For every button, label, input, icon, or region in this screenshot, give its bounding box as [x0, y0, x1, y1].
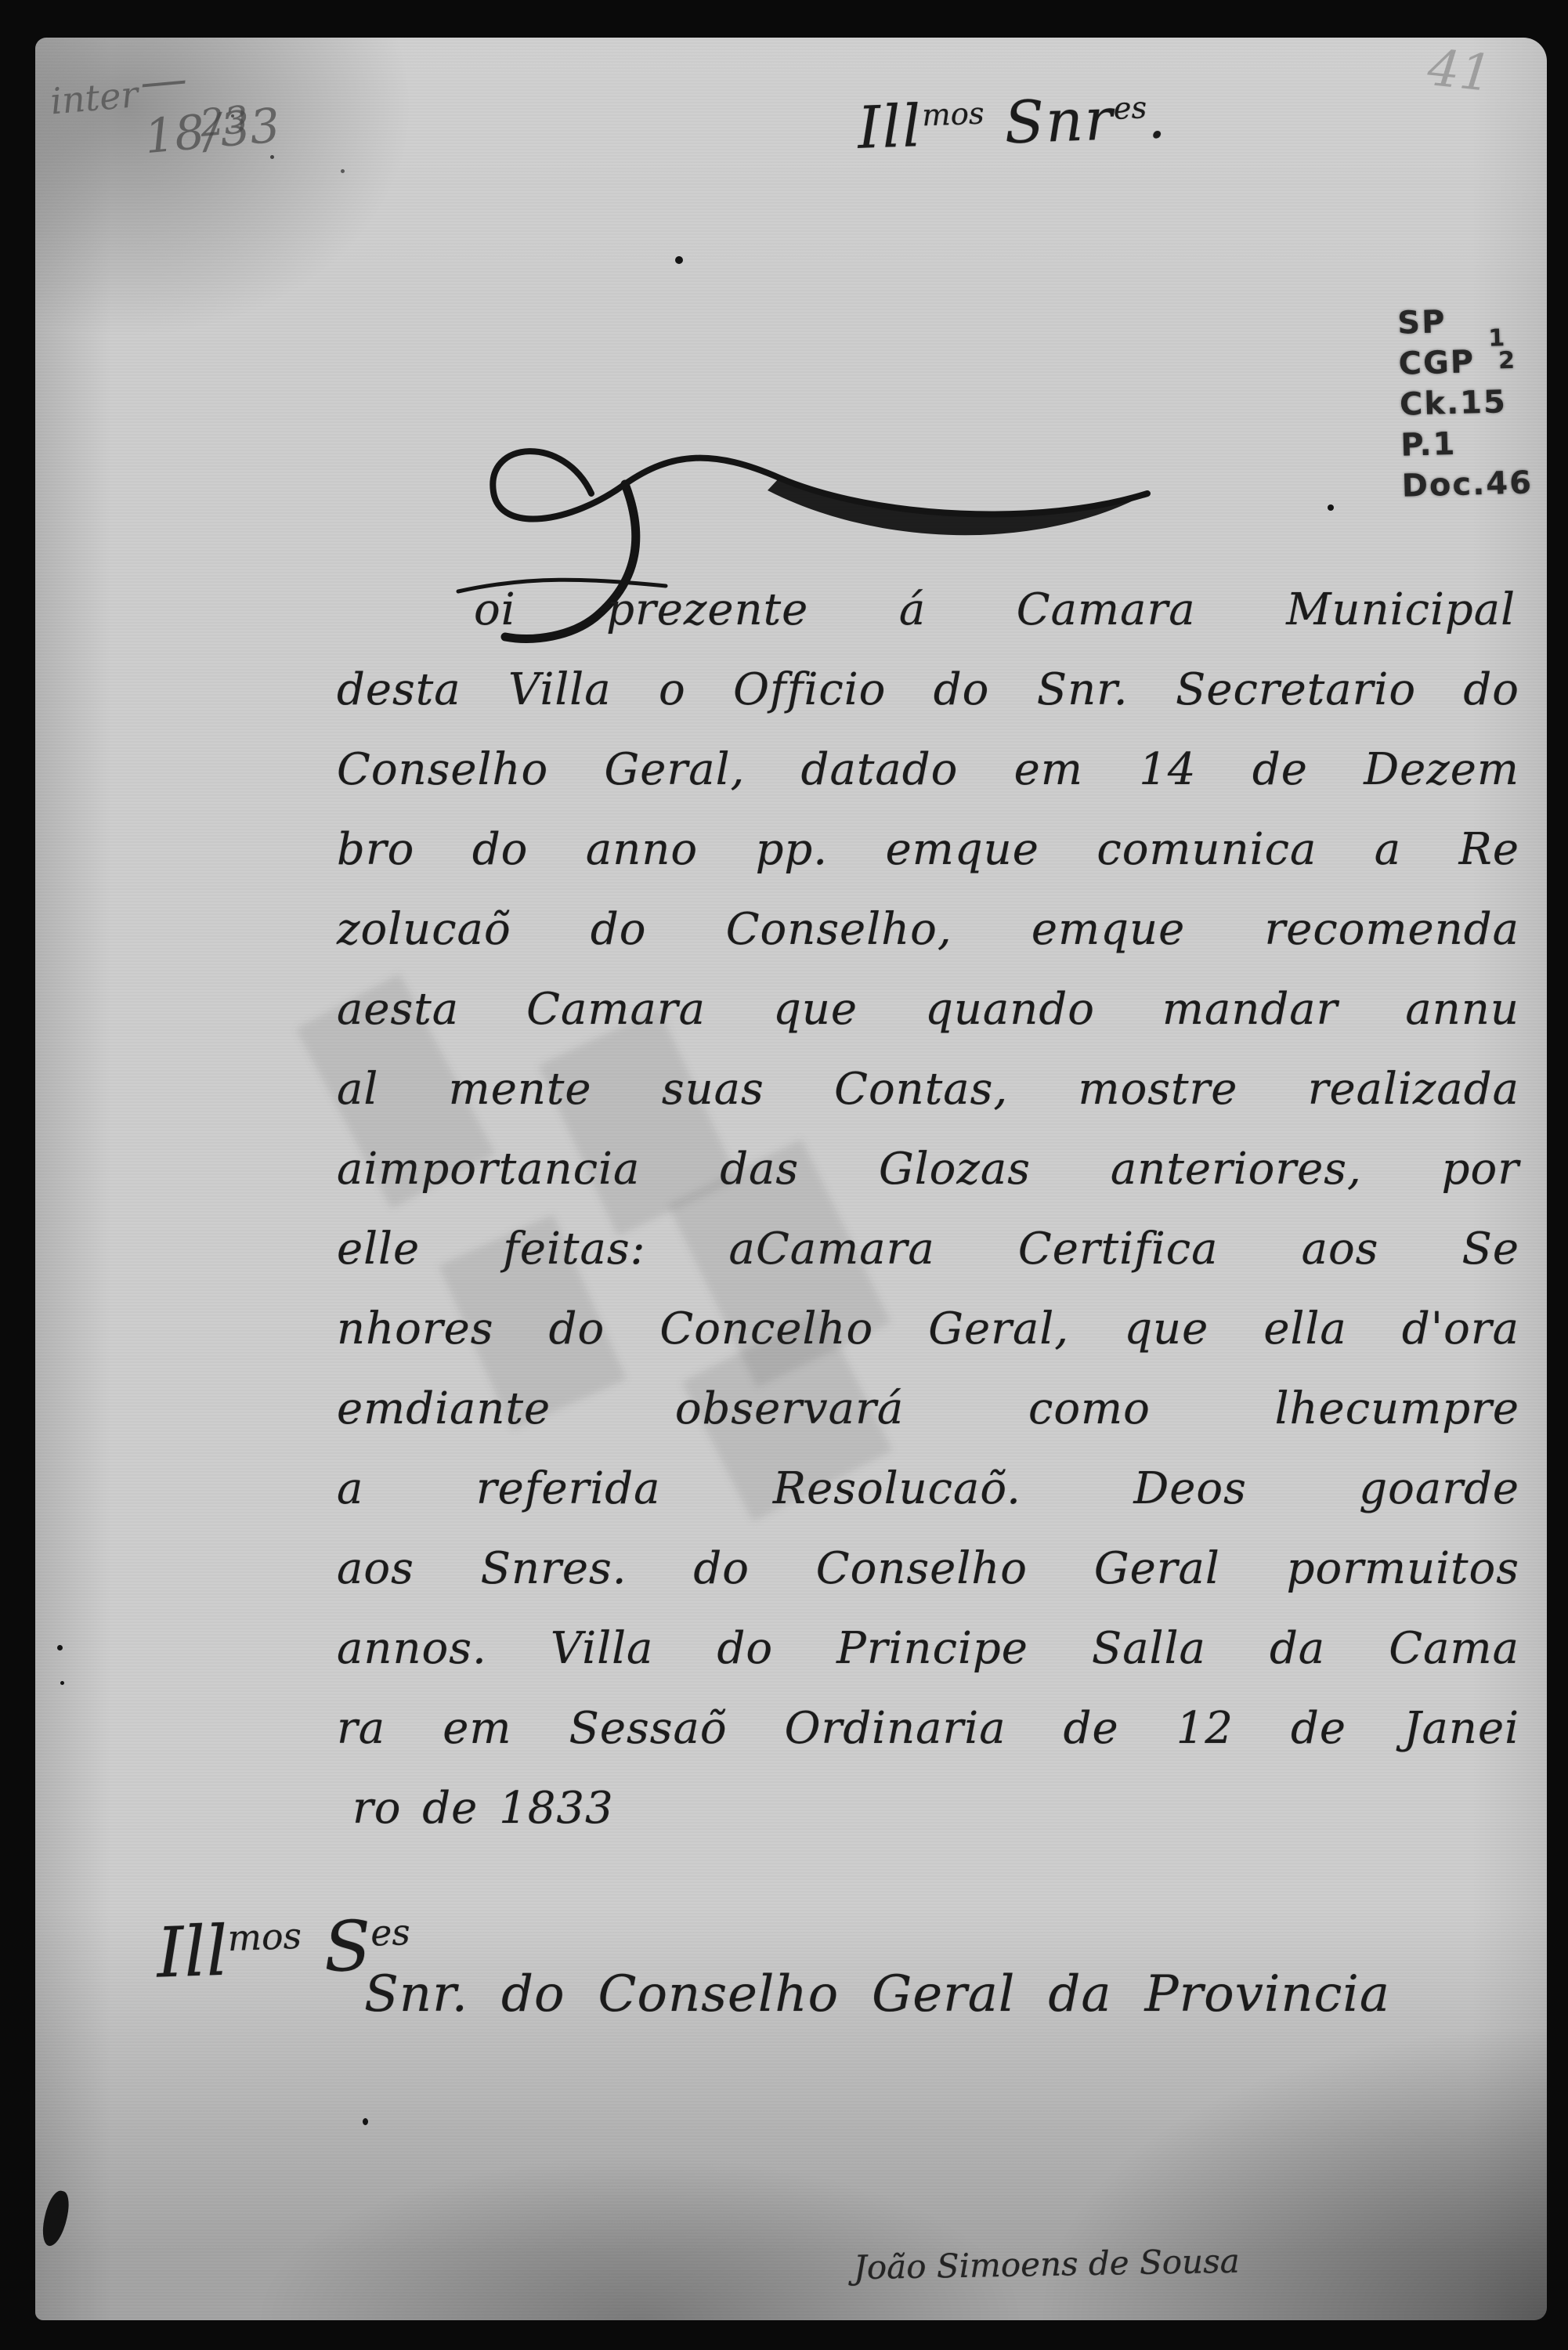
ink-blot — [39, 2189, 72, 2248]
manuscript-line: annos. Villa do Principe Salla da Cama — [337, 1621, 1519, 1677]
ink-speck — [1328, 504, 1334, 511]
manuscript-line: Conselho Geral, datado em 14 de Dezem — [337, 742, 1519, 798]
ink-speck — [675, 256, 683, 264]
stamp-fraction-bottom: 2 — [1498, 352, 1516, 370]
salutation-sup-1: mos — [921, 96, 985, 134]
stamp-line-doc: Doc.46 — [1401, 461, 1566, 506]
ink-speck — [341, 169, 345, 173]
pencil-annotation: inter — 18/33 23 — [44, 41, 321, 197]
manuscript-line: zolucaõ do Conselho, emque recomenda — [337, 902, 1519, 958]
stamp-line-cgp: CGP12 — [1398, 339, 1563, 384]
paper-sheet: inter — 18/33 23 41 Illmos Snres. SP CGP… — [35, 38, 1547, 2320]
salutation-base-1: Ill — [857, 92, 924, 162]
signature: João Simoens de Sousa — [854, 2242, 1241, 2287]
manuscript-line: al mente suas Contas, mostre realizada — [337, 1061, 1519, 1118]
salutation-dot: . — [1146, 84, 1169, 152]
manuscript-line: aesta Camara que quando mandar annu — [337, 982, 1519, 1038]
manuscript-line: ra em Sessaõ Ordinaria de 12 de Janei — [337, 1701, 1519, 1757]
manuscript-line: bro do anno pp. emque comunica a Re — [337, 822, 1519, 878]
manuscript-line: oi prezente á Camara Municipal — [474, 582, 1516, 638]
ink-speck — [270, 155, 274, 159]
ink-speck — [363, 2118, 368, 2125]
annotation-word: inter — [49, 73, 139, 123]
document-scan: inter — 18/33 23 41 Illmos Snres. SP CGP… — [0, 0, 1568, 2350]
archive-stamp: SP CGP12 Ck.15 P.1 Doc.46 — [1397, 298, 1567, 506]
manuscript-line: aos Snres. do Conselho Geral pormuitos — [337, 1541, 1519, 1597]
annotation-number-below: 23 — [198, 98, 250, 146]
salutation-base-2: Snr — [1003, 86, 1115, 157]
drop-cap-letter: F — [372, 539, 378, 548]
closing-sup-2: es — [370, 1911, 410, 1954]
page-number-pencil: 41 — [1425, 39, 1494, 103]
stamp-fraction-top: 1 — [1488, 330, 1516, 348]
closing-base-1: Ill — [155, 1911, 229, 1994]
ink-speck — [231, 114, 234, 117]
salutation-sup-2: es — [1113, 90, 1147, 126]
stamp-line-p: P.1 — [1400, 421, 1566, 465]
manuscript-line: aimportancia das Glozas anteriores, por — [337, 1141, 1519, 1198]
closing-sup-1: mos — [227, 1915, 302, 1959]
stamp-line-cx: Ck.15 — [1399, 380, 1564, 425]
manuscript-line: desta Villa o Officio do Snr. Secretario… — [337, 662, 1519, 718]
closing-rest: Snr. do Conselho Geral da Provincia — [364, 1966, 1390, 2023]
salutation: Illmos Snres. — [857, 84, 1169, 162]
manuscript-line: ro de 1833 — [352, 1781, 822, 1837]
ink-speck — [60, 1681, 64, 1685]
manuscript-line: a referida Resolucaõ. Deos goarde — [337, 1461, 1519, 1517]
ink-speck — [57, 1645, 63, 1650]
stamp-fraction: 12 — [1477, 330, 1516, 366]
